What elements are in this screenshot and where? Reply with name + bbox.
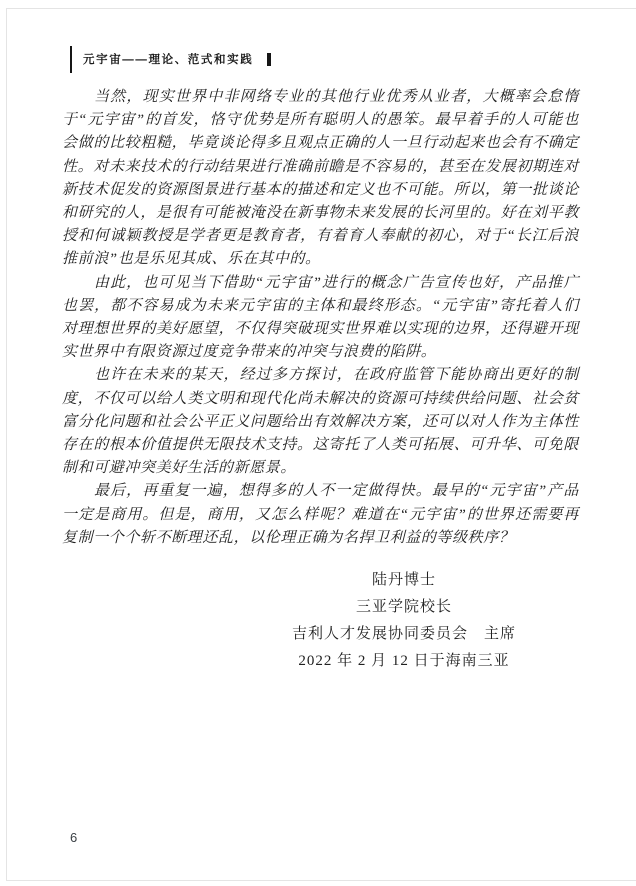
body-paragraph: 最后，再重复一遍，想得多的人不一定做得快。最早的“元宇宙”产品一定是商用。但是，… [62,480,579,550]
signature-date: 2022 年 2 月 12 日于海南三亚 [230,648,578,675]
signature-name: 陆丹博士 [230,567,578,594]
book-page: 元宇宙——理论、范式和实践 当然，现实世界中非网络专业的其他行业优秀从业者，大概… [0,0,636,886]
header-rule-icon [70,46,72,73]
body-paragraph: 也许在未来的某天，经过多方探讨，在政府监管下能协商出更好的制度，不仅可以给人类文… [62,364,579,480]
signature-committee: 吉利人才发展协同委员会 主席 [230,621,578,648]
signature-title: 三亚学院校长 [230,594,578,621]
running-header-title: 元宇宙——理论、范式和实践 [83,51,253,67]
signature-block: 陆丹博士 三亚学院校长 吉利人才发展协同委员会 主席 2022 年 2 月 12… [230,567,578,675]
body-text-block: 当然，现实世界中非网络专业的其他行业优秀从业者，大概率会怠惰于“元宇宙”的首发，… [62,86,579,550]
page-number: 6 [70,830,77,845]
body-paragraph: 由此，也可见当下借助“元宇宙”进行的概念广告宣传也好，产品推广也罢，都不容易成为… [62,272,579,365]
running-header: 元宇宙——理论、范式和实践 [70,45,271,73]
body-paragraph: 当然，现实世界中非网络专业的其他行业优秀从业者，大概率会怠惰于“元宇宙”的首发，… [62,86,579,272]
header-end-mark-icon [267,53,271,66]
